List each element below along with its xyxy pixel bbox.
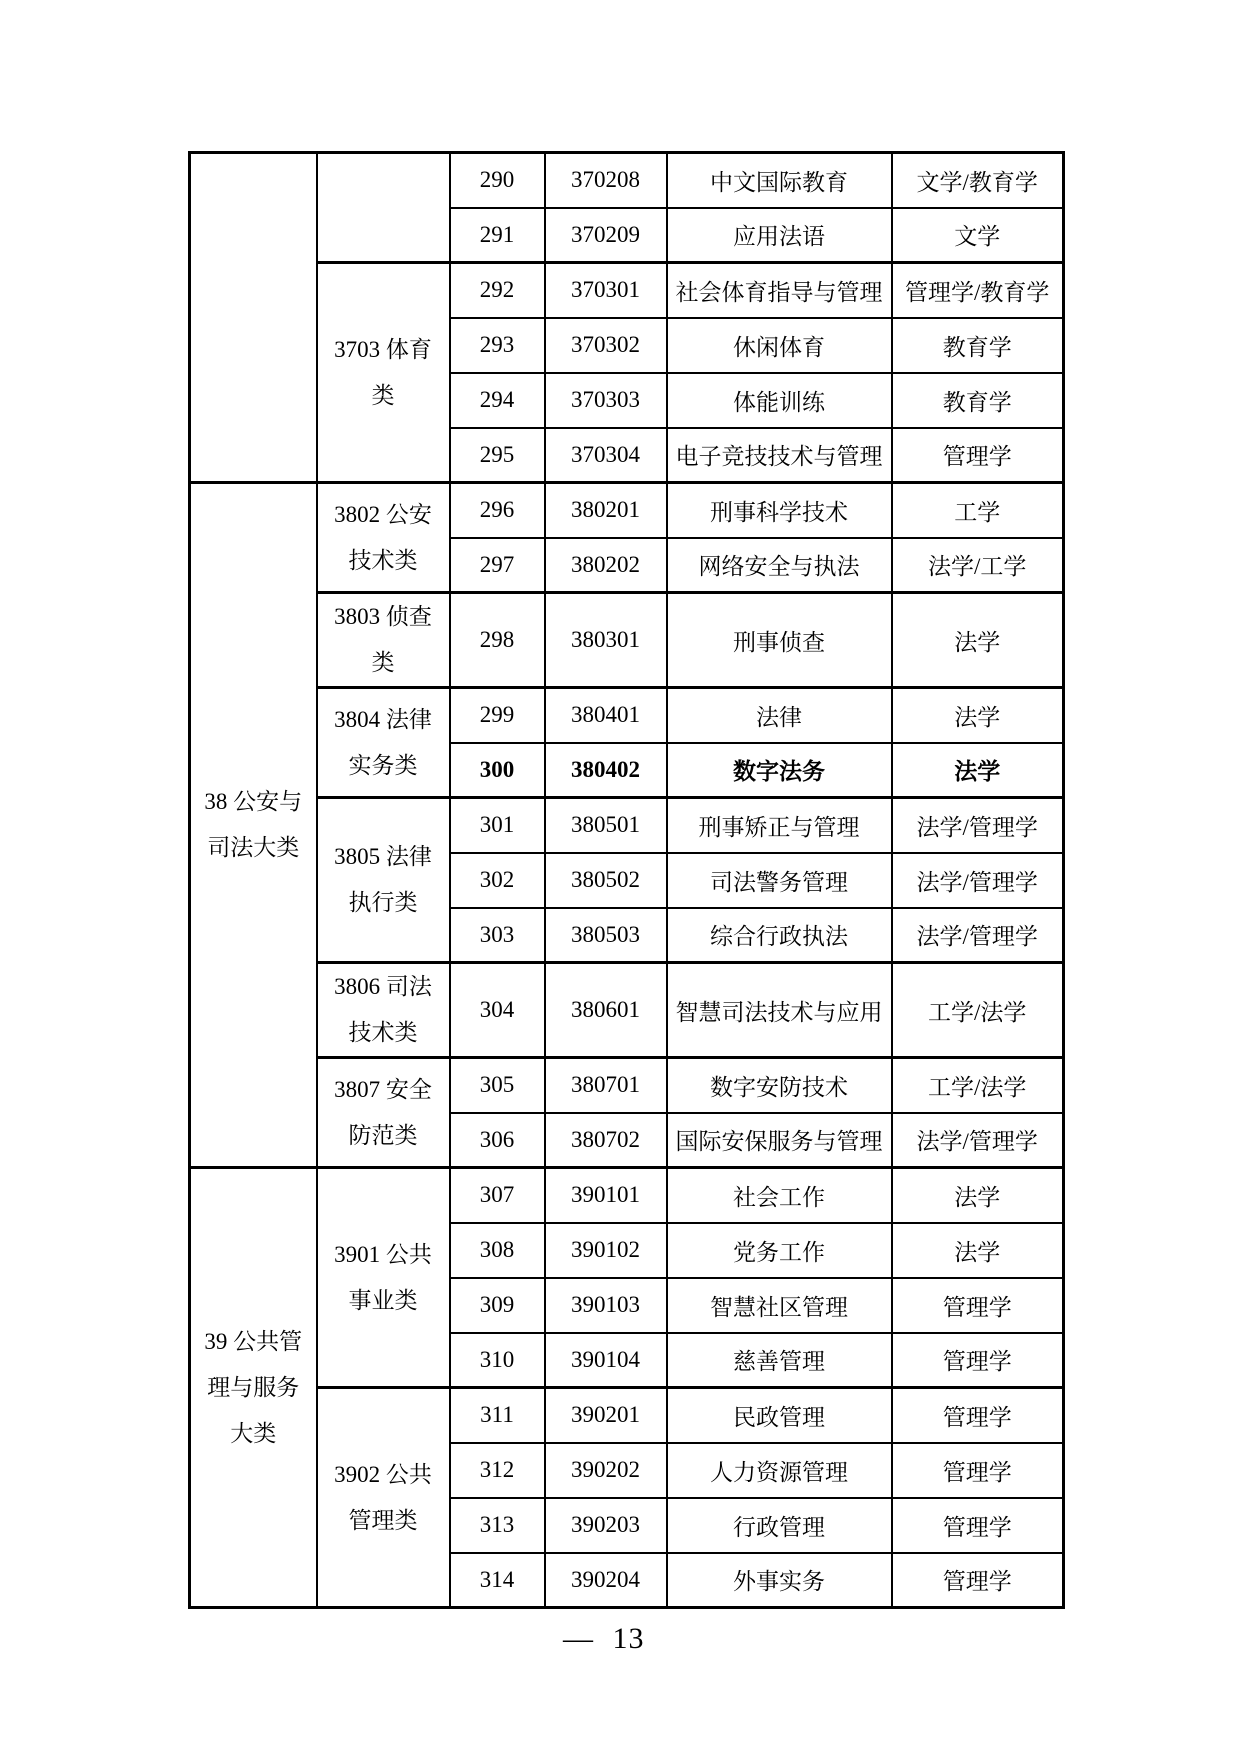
discipline-cell: 法学 xyxy=(892,743,1064,798)
major-name-cell: 国际安保服务与管理 xyxy=(667,1113,892,1168)
discipline-cell: 文学/教育学 xyxy=(892,153,1064,208)
row-number-cell: 308 xyxy=(450,1223,545,1278)
major-name-cell: 慈善管理 xyxy=(667,1333,892,1388)
row-number-cell: 297 xyxy=(450,538,545,593)
row-number-cell: 301 xyxy=(450,798,545,853)
major-name-cell: 人力资源管理 xyxy=(667,1443,892,1498)
table-row: 3804 法律 实务类299380401法律法学 xyxy=(190,688,1064,743)
discipline-cell: 管理学 xyxy=(892,1498,1064,1553)
discipline-cell: 管理学 xyxy=(892,428,1064,483)
major-code-cell: 390204 xyxy=(545,1553,667,1608)
major-code-cell: 390103 xyxy=(545,1278,667,1333)
major-code-cell: 370303 xyxy=(545,373,667,428)
subcategory-cell: 3901 公共 事业类 xyxy=(317,1168,450,1388)
major-name-cell: 网络安全与执法 xyxy=(667,538,892,593)
major-code-cell: 380503 xyxy=(545,908,667,963)
discipline-cell: 法学/工学 xyxy=(892,538,1064,593)
major-name-cell: 休闲体育 xyxy=(667,318,892,373)
row-number-cell: 298 xyxy=(450,593,545,688)
major-code-cell: 380202 xyxy=(545,538,667,593)
document-page: 290370208中文国际教育文学/教育学291370209应用法语文学3703… xyxy=(0,0,1235,1749)
category-cell: 39 公共管 理与服务 大类 xyxy=(190,1168,317,1608)
major-name-cell: 电子竞技技术与管理 xyxy=(667,428,892,483)
major-name-cell: 刑事侦查 xyxy=(667,593,892,688)
major-name-cell: 法律 xyxy=(667,688,892,743)
row-number-cell: 295 xyxy=(450,428,545,483)
major-name-cell: 应用法语 xyxy=(667,208,892,263)
major-name-cell: 外事实务 xyxy=(667,1553,892,1608)
table-row: 3703 体育 类292370301社会体育指导与管理管理学/教育学 xyxy=(190,263,1064,318)
row-number-cell: 294 xyxy=(450,373,545,428)
subcategory-cell: 3806 司法 技术类 xyxy=(317,963,450,1058)
row-number-cell: 304 xyxy=(450,963,545,1058)
table-row: 3902 公共 管理类311390201民政管理管理学 xyxy=(190,1388,1064,1443)
major-code-cell: 370302 xyxy=(545,318,667,373)
discipline-cell: 法学/管理学 xyxy=(892,853,1064,908)
major-code-cell: 370301 xyxy=(545,263,667,318)
subcategory-cell: 3802 公安 技术类 xyxy=(317,483,450,593)
row-number-cell: 291 xyxy=(450,208,545,263)
major-code-cell: 380701 xyxy=(545,1058,667,1113)
major-code-cell: 390104 xyxy=(545,1333,667,1388)
discipline-cell: 工学 xyxy=(892,483,1064,538)
major-code-cell: 380401 xyxy=(545,688,667,743)
row-number-cell: 299 xyxy=(450,688,545,743)
discipline-cell: 法学 xyxy=(892,1223,1064,1278)
page-number: — 13 xyxy=(563,1622,645,1656)
major-code-cell: 370208 xyxy=(545,153,667,208)
major-name-cell: 社会体育指导与管理 xyxy=(667,263,892,318)
major-name-cell: 社会工作 xyxy=(667,1168,892,1223)
subcategory-cell: 3803 侦查 类 xyxy=(317,593,450,688)
major-code-cell: 390203 xyxy=(545,1498,667,1553)
discipline-cell: 文学 xyxy=(892,208,1064,263)
subcategory-cell: 3703 体育 类 xyxy=(317,263,450,483)
table-row: 290370208中文国际教育文学/教育学 xyxy=(190,153,1064,208)
row-number-cell: 310 xyxy=(450,1333,545,1388)
discipline-cell: 管理学 xyxy=(892,1443,1064,1498)
major-name-cell: 智慧社区管理 xyxy=(667,1278,892,1333)
major-code-cell: 380601 xyxy=(545,963,667,1058)
major-code-cell: 370304 xyxy=(545,428,667,483)
row-number-cell: 314 xyxy=(450,1553,545,1608)
discipline-cell: 管理学 xyxy=(892,1553,1064,1608)
table-row: 39 公共管 理与服务 大类3901 公共 事业类307390101社会工作法学 xyxy=(190,1168,1064,1223)
row-number-cell: 312 xyxy=(450,1443,545,1498)
discipline-cell: 管理学 xyxy=(892,1333,1064,1388)
discipline-cell: 工学/法学 xyxy=(892,1058,1064,1113)
discipline-cell: 法学/管理学 xyxy=(892,798,1064,853)
discipline-cell: 教育学 xyxy=(892,373,1064,428)
major-name-cell: 体能训练 xyxy=(667,373,892,428)
table-row: 3807 安全 防范类305380701数字安防技术工学/法学 xyxy=(190,1058,1064,1113)
major-code-cell: 370209 xyxy=(545,208,667,263)
row-number-cell: 307 xyxy=(450,1168,545,1223)
discipline-cell: 法学 xyxy=(892,688,1064,743)
table-row: 38 公安与 司法大类3802 公安 技术类296380201刑事科学技术工学 xyxy=(190,483,1064,538)
discipline-cell: 法学 xyxy=(892,1168,1064,1223)
major-code-cell: 390202 xyxy=(545,1443,667,1498)
major-name-cell: 民政管理 xyxy=(667,1388,892,1443)
table-row: 3803 侦查 类298380301刑事侦查法学 xyxy=(190,593,1064,688)
major-code-cell: 390101 xyxy=(545,1168,667,1223)
row-number-cell: 293 xyxy=(450,318,545,373)
subcategory-cell: 3902 公共 管理类 xyxy=(317,1388,450,1608)
row-number-cell: 309 xyxy=(450,1278,545,1333)
subcategory-cell xyxy=(317,153,450,263)
major-code-cell: 380402 xyxy=(545,743,667,798)
category-cell xyxy=(190,153,317,483)
row-number-cell: 303 xyxy=(450,908,545,963)
row-number-cell: 302 xyxy=(450,853,545,908)
discipline-cell: 管理学 xyxy=(892,1388,1064,1443)
major-code-cell: 380501 xyxy=(545,798,667,853)
subcategory-cell: 3805 法律 执行类 xyxy=(317,798,450,963)
row-number-cell: 300 xyxy=(450,743,545,798)
discipline-cell: 教育学 xyxy=(892,318,1064,373)
row-number-cell: 313 xyxy=(450,1498,545,1553)
discipline-cell: 法学 xyxy=(892,593,1064,688)
table-row: 3805 法律 执行类301380501刑事矫正与管理法学/管理学 xyxy=(190,798,1064,853)
major-name-cell: 刑事矫正与管理 xyxy=(667,798,892,853)
major-code-cell: 380702 xyxy=(545,1113,667,1168)
major-code-cell: 380502 xyxy=(545,853,667,908)
major-name-cell: 中文国际教育 xyxy=(667,153,892,208)
major-name-cell: 行政管理 xyxy=(667,1498,892,1553)
major-name-cell: 综合行政执法 xyxy=(667,908,892,963)
discipline-cell: 管理学/教育学 xyxy=(892,263,1064,318)
discipline-cell: 法学/管理学 xyxy=(892,1113,1064,1168)
subcategory-cell: 3804 法律 实务类 xyxy=(317,688,450,798)
major-name-cell: 刑事科学技术 xyxy=(667,483,892,538)
major-name-cell: 数字安防技术 xyxy=(667,1058,892,1113)
row-number-cell: 311 xyxy=(450,1388,545,1443)
major-code-cell: 380301 xyxy=(545,593,667,688)
row-number-cell: 296 xyxy=(450,483,545,538)
row-number-cell: 292 xyxy=(450,263,545,318)
discipline-cell: 管理学 xyxy=(892,1278,1064,1333)
major-name-cell: 智慧司法技术与应用 xyxy=(667,963,892,1058)
row-number-cell: 306 xyxy=(450,1113,545,1168)
major-name-cell: 党务工作 xyxy=(667,1223,892,1278)
table-row: 3806 司法 技术类304380601智慧司法技术与应用工学/法学 xyxy=(190,963,1064,1058)
category-cell: 38 公安与 司法大类 xyxy=(190,483,317,1168)
majors-table: 290370208中文国际教育文学/教育学291370209应用法语文学3703… xyxy=(188,151,1065,1609)
major-code-cell: 380201 xyxy=(545,483,667,538)
subcategory-cell: 3807 安全 防范类 xyxy=(317,1058,450,1168)
discipline-cell: 工学/法学 xyxy=(892,963,1064,1058)
row-number-cell: 290 xyxy=(450,153,545,208)
major-name-cell: 司法警务管理 xyxy=(667,853,892,908)
major-name-cell: 数字法务 xyxy=(667,743,892,798)
major-code-cell: 390201 xyxy=(545,1388,667,1443)
row-number-cell: 305 xyxy=(450,1058,545,1113)
major-code-cell: 390102 xyxy=(545,1223,667,1278)
discipline-cell: 法学/管理学 xyxy=(892,908,1064,963)
